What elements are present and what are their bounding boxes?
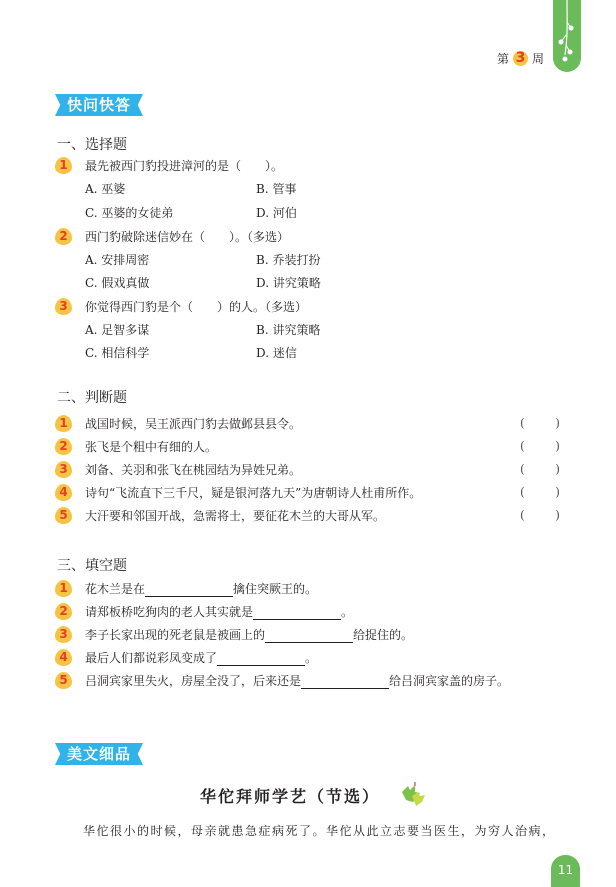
question-number-badge: 2 [55,228,72,245]
question-text: 诗句“飞流直下三千尺，疑是银河落九天”为唐朝诗人杜甫所作。 [85,485,421,501]
option-b[interactable]: B. 讲究策略 [256,322,320,338]
question-number-badge: 4 [55,649,72,666]
text-before: 花木兰是在 [85,582,145,596]
week-tab-decoration [553,0,581,72]
article-title: 华佗拜师学艺（节选） [200,784,380,807]
leaf-icon [398,780,428,812]
vine-icon [553,0,581,72]
question-text: 西门豹破除迷信妙在（ ）。（多选） [85,229,289,245]
option-b[interactable]: B. 管事 [256,181,296,197]
question-text: 刘备、关羽和张飞在桃园结为异姓兄弟。 [85,462,301,478]
text-before: 最后人们都说彩凤变成了 [85,651,217,665]
answer-paren[interactable]: ( ) [520,439,560,453]
question-line: 花木兰是在擒住突厥王的。 [85,581,317,597]
question-number-badge: 5 [55,507,72,524]
question-line: 请郑板桥吃狗肉的老人其实就是。 [85,604,353,620]
week-number-badge: 3 [513,51,528,66]
article-body: 华佗很小的时候，母亲就患急症病死了。华佗从此立志要当医生，为穷人治病， [83,822,556,839]
question-number-badge: 5 [55,672,72,689]
answer-paren[interactable]: ( ) [520,485,560,499]
answer-blank[interactable] [301,674,389,689]
answer-blank[interactable] [253,605,341,620]
question-number-badge: 2 [55,603,72,620]
question-number-badge: 3 [55,461,72,478]
option-a[interactable]: A. 足智多谋 [85,322,149,338]
question-text: 张飞是个粗中有细的人。 [85,439,217,455]
question-number-badge: 3 [55,298,72,315]
answer-blank[interactable] [217,651,305,666]
option-c[interactable]: C. 巫婆的女徒弟 [85,205,173,221]
text-after: 。 [305,651,317,665]
week-label: 第 3 周 [497,50,544,67]
option-a[interactable]: A. 安排周密 [85,252,149,268]
question-number-badge: 2 [55,438,72,455]
text-after: 给捉住的。 [353,628,413,642]
quick-qa-ribbon: 快问快答 [55,94,143,116]
question-text: 你觉得西门豹是个（ ）的人。（多选） [85,299,307,315]
question-number-badge: 1 [55,580,72,597]
option-d[interactable]: D. 讲究策略 [256,275,321,291]
answer-paren[interactable]: ( ) [520,416,560,430]
question-text: 最先被西门豹投进漳河的是（ ）。 [85,158,283,174]
question-number-badge: 1 [55,415,72,432]
question-number-badge: 4 [55,484,72,501]
option-a[interactable]: A. 巫婆 [85,181,125,197]
text-after: 给吕洞宾家盖的房子。 [389,674,509,688]
text-after: 擒住突厥王的。 [233,582,317,596]
question-line: 李子长家出现的死老鼠是被画上的给捉住的。 [85,627,413,643]
answer-paren[interactable]: ( ) [520,508,560,522]
page-number: 11 [551,855,580,887]
week-suffix: 周 [532,50,544,67]
section-title-choice: 一、选择题 [57,134,127,154]
option-c[interactable]: C. 相信科学 [85,345,149,361]
question-number-badge: 1 [55,157,72,174]
week-prefix: 第 [497,50,509,67]
question-text: 战国时候，吴王派西门豹去做邺县县令。 [85,416,301,432]
text-before: 吕洞宾家里失火，房屋全没了，后来还是 [85,674,301,688]
option-c[interactable]: C. 假戏真做 [85,275,149,291]
text-before: 请郑板桥吃狗肉的老人其实就是 [85,605,253,619]
question-number-badge: 3 [55,626,72,643]
question-line: 吕洞宾家里失火，房屋全没了，后来还是给吕洞宾家盖的房子。 [85,673,509,689]
text-before: 李子长家出现的死老鼠是被画上的 [85,628,265,642]
option-b[interactable]: B. 乔装打扮 [256,252,320,268]
section-title-fill: 三、填空题 [57,555,127,575]
question-text: 大汗要和邻国开战，急需将士，要征花木兰的大哥从军。 [85,508,385,524]
answer-blank[interactable] [145,582,233,597]
section-title-judge: 二、判断题 [57,387,127,407]
answer-blank[interactable] [265,628,353,643]
essay-ribbon: 美文细品 [55,743,143,765]
option-d[interactable]: D. 迷信 [256,345,297,361]
text-after: 。 [341,605,353,619]
option-d[interactable]: D. 河伯 [256,205,297,221]
question-line: 最后人们都说彩凤变成了。 [85,650,317,666]
answer-paren[interactable]: ( ) [520,462,560,476]
